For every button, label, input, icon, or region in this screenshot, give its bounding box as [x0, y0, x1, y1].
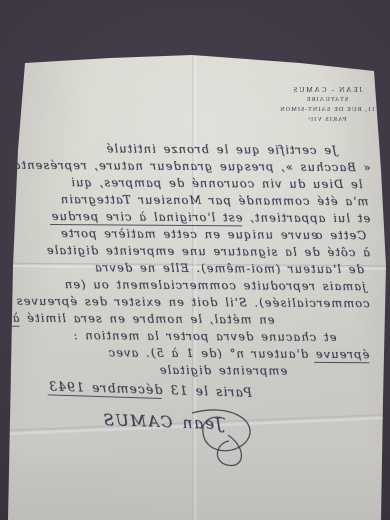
- handwritten-line: en métal, le nombre en sera limité à cin…: [18, 310, 275, 329]
- line-underlined-text: épreuve: [315, 347, 370, 363]
- letterhead-address: 11, RUE DE SAINT-SIMON: [272, 105, 382, 115]
- letter-paper: JEAN - CAMUS STATUAIRE 11, RUE DE SAINT-…: [0, 0, 390, 520]
- line-text: de l'auteur (moi-même). Elle ne devra: [94, 260, 364, 276]
- letterhead: JEAN - CAMUS STATUAIRE 11, RUE DE SAINT-…: [272, 85, 382, 125]
- mirrored-letter-content: JEAN - CAMUS STATUAIRE 11, RUE DE SAINT-…: [0, 0, 390, 520]
- signature-flourish: [172, 401, 262, 476]
- line-text: en métal, le nombre en sera limité: [19, 311, 274, 327]
- line-text: Je certifie que le bronze intitulé: [106, 141, 337, 157]
- line-text: jamais reproduite commercialement ou (en: [64, 277, 366, 293]
- date-underlined-text: décembre 1943: [48, 378, 163, 398]
- line-text: d'auteur n° (de 1 à 5). avec: [108, 345, 315, 360]
- line-text: m'a été commandé par Monsieur Tattegrain: [60, 192, 369, 208]
- photo-of-letter: JEAN - CAMUS STATUAIRE 11, RUE DE SAINT-…: [0, 0, 390, 520]
- line-text: empreinte digitale: [159, 363, 288, 378]
- line-text: et lui appartient,: [242, 210, 370, 225]
- letterhead-city: PARIS VIIᵉ: [272, 115, 382, 125]
- line-underlined-text: à cinq: [0, 310, 20, 326]
- line-text: le Dieu du vin couronné de pampres, qui: [70, 175, 362, 191]
- signature: Jean CAMUS: [102, 411, 223, 433]
- letter-body: Je certifie que le bronze intitulé « Bac…: [17, 140, 371, 380]
- date-line: Paris le 13 décembre 1943: [12, 377, 252, 400]
- line-text: et chacune devra porter la mention :: [73, 328, 337, 344]
- line-text: « Bacchus », presque grandeur nature, re…: [0, 158, 371, 175]
- handwritten-line: à côté de la signature une empreinte dig…: [18, 242, 370, 261]
- line-text: Cette œuvre unique en cette matière port…: [60, 226, 366, 242]
- handwritten-line: empreinte digitale: [17, 361, 287, 380]
- date-text: Paris le 13: [162, 382, 252, 400]
- line-text: à côté de la signature une empreinte dig…: [46, 243, 370, 259]
- line-underlined-text: est l'original à cire perdue: [51, 209, 243, 226]
- letterhead-title: STATUAIRE: [272, 95, 382, 105]
- letterhead-name: JEAN - CAMUS: [272, 85, 382, 95]
- line-text: commercialisée). S'il doit en exister de…: [16, 294, 370, 310]
